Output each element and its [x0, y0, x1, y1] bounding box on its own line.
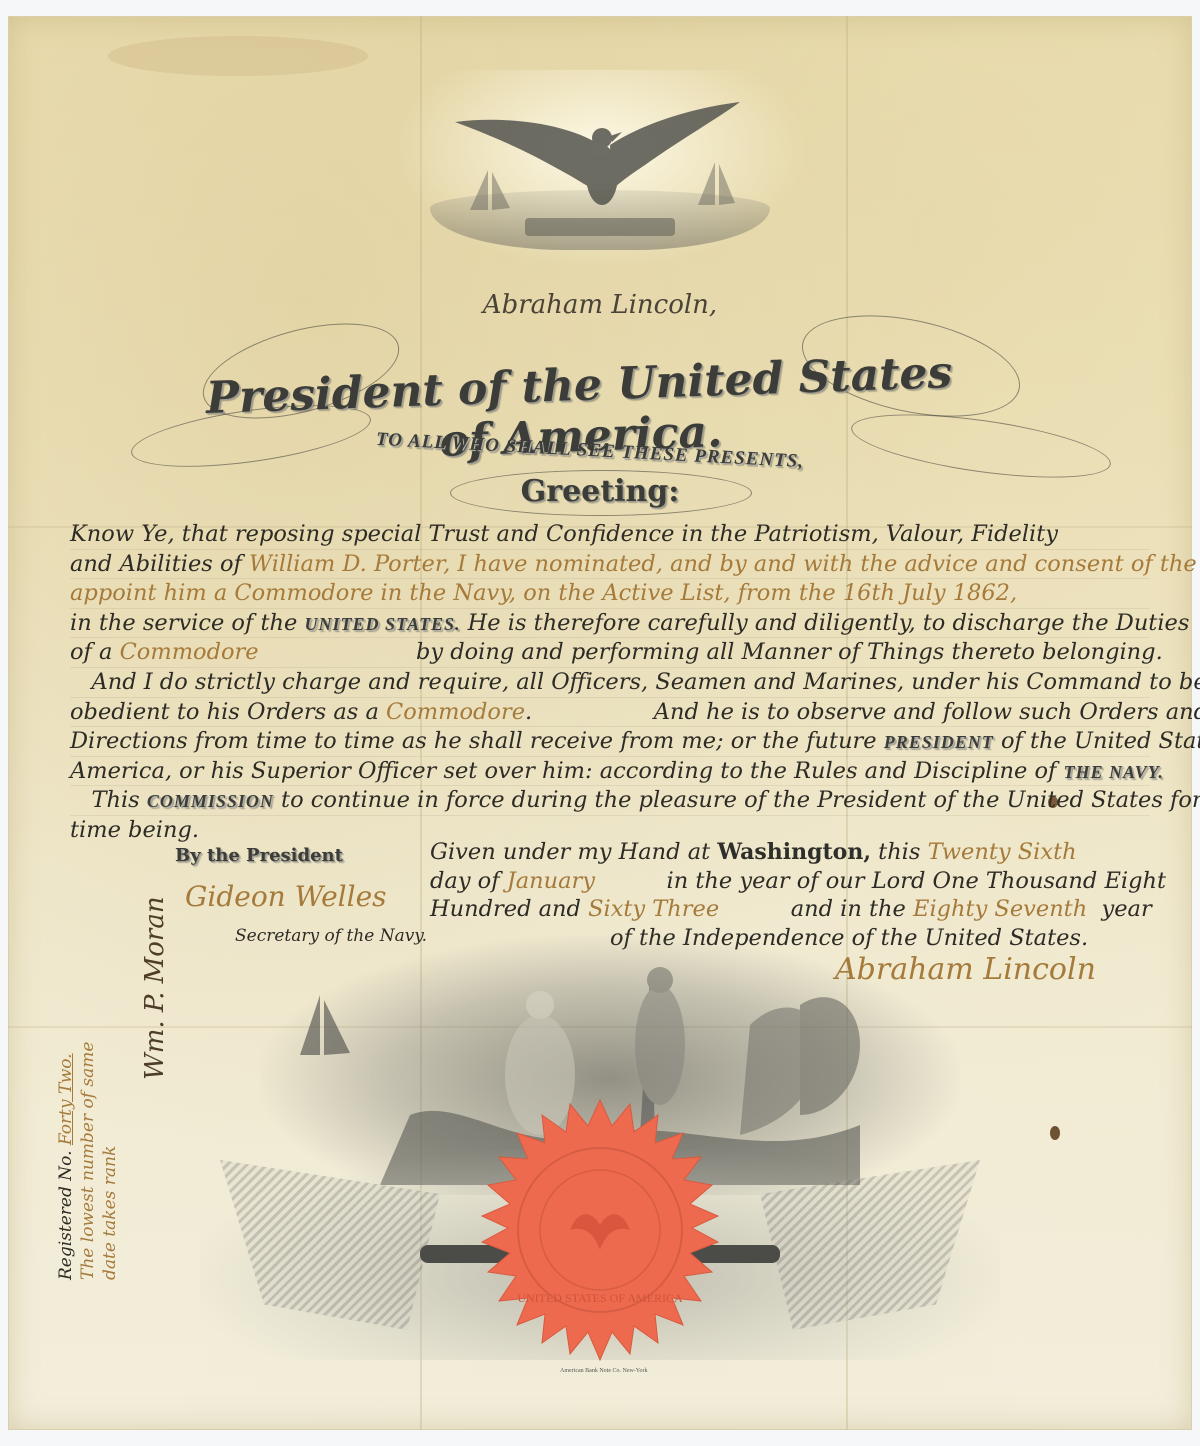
body-line: in the service of the UNITED STATES. He … — [70, 609, 1150, 639]
body-text: to continue in force during the pleasure… — [274, 787, 1200, 813]
registration-note: Registered No. Forty Two. The lowest num… — [55, 1042, 121, 1280]
given-line: Hundred and Sixty Three and in the Eight… — [430, 895, 1170, 924]
body-text: America, or his Superior Officer set ove… — [70, 758, 1064, 784]
given-line: Given under my Hand at Washington, this … — [430, 838, 1170, 867]
body-line: America, or his Superior Officer set ove… — [70, 757, 1150, 787]
flag-left — [220, 1160, 440, 1330]
the-navy-caps: THE NAVY. — [1064, 762, 1164, 782]
body-text: Know Ye, that reposing special Trust and… — [70, 521, 1058, 547]
body-text: obedient to his Orders as a — [70, 699, 386, 725]
president-caps: PRESIDENT — [884, 732, 994, 752]
given-text: and in the — [719, 896, 913, 922]
given-text: in the year of our Lord One Thousand Eig… — [595, 868, 1166, 894]
body-text: of the United States of — [994, 728, 1200, 754]
given-text: this — [871, 839, 928, 865]
given-text: day of — [430, 868, 507, 894]
place-washington: Washington, — [717, 839, 871, 865]
body-text: This — [70, 787, 147, 813]
commission-body: Know Ye, that reposing special Trust and… — [70, 520, 1150, 845]
rank-fill: Commodore — [120, 639, 259, 665]
body-text: in the service of the — [70, 610, 304, 636]
united-states-caps: UNITED STATES. — [304, 614, 460, 634]
body-text: And I do strictly charge and require, al… — [70, 669, 1200, 695]
secretary-signature: Gideon Welles — [185, 880, 387, 913]
day-fill: Twenty Sixth — [928, 839, 1077, 865]
body-text: . And he is to observe and follow such O… — [525, 699, 1200, 725]
body-text: time being. — [70, 817, 199, 843]
commission-caps: COMMISSION — [147, 791, 274, 811]
appointment-fill: appoint him a Commodore in the Navy, on … — [70, 580, 1017, 606]
given-text: Hundred and — [430, 896, 588, 922]
given-text: Given under my Hand at — [430, 839, 717, 865]
body-text: of a — [70, 639, 120, 665]
water-stain — [108, 36, 368, 76]
officer-name-fill: William D. Porter, I have nominated, and… — [249, 551, 1200, 577]
rank-fill: Commodore — [386, 699, 525, 725]
body-text: by doing and performing all Manner of Th… — [259, 639, 1163, 665]
month-fill: January — [507, 868, 595, 894]
body-line: This COMMISSION to continue in force dur… — [70, 786, 1150, 816]
body-text: Directions from time to time as he shall… — [70, 728, 884, 754]
registered-label: Registered No. — [56, 1145, 76, 1280]
flag-right — [760, 1160, 980, 1330]
body-line: and Abilities of William D. Porter, I ha… — [70, 550, 1150, 580]
registration-number: Forty Two. — [56, 1053, 76, 1145]
body-text: and Abilities of — [70, 551, 249, 577]
body-text: He is therefore carefully and diligently… — [461, 610, 1190, 636]
registration-line: Registered No. Forty Two. — [55, 1042, 77, 1280]
body-line: of a Commodore by doing and performing a… — [70, 638, 1150, 668]
body-line: Know Ye, that reposing special Trust and… — [70, 520, 1150, 550]
given-line: day of January in the year of our Lord O… — [430, 867, 1170, 896]
by-the-president-label: By the President — [175, 845, 343, 866]
body-line: obedient to his Orders as a Commodore. A… — [70, 698, 1150, 728]
independence-year-fill: Eighty Seventh — [913, 896, 1087, 922]
year-fill: Sixty Three — [588, 896, 719, 922]
body-line: appoint him a Commodore in the Navy, on … — [70, 579, 1150, 609]
registration-line: date takes rank — [99, 1042, 121, 1280]
body-line: And I do strictly charge and require, al… — [70, 668, 1150, 698]
seal-legend: UNITED STATES OF AMERICA — [517, 1291, 683, 1305]
greeting: Greeting: — [0, 474, 1200, 509]
body-line: Directions from time to time as he shall… — [70, 727, 1150, 757]
navy-seal-icon: UNITED STATES OF AMERICA — [470, 1095, 730, 1365]
engraver-imprint: American Bank Note Co. New-York — [560, 1368, 648, 1374]
registration-line: The lowest number of same — [77, 1042, 99, 1280]
given-text: year — [1087, 896, 1152, 922]
ink-stain — [1050, 1126, 1060, 1140]
eagle-vignette — [430, 100, 770, 260]
clerk-signature: Wm. P. Moran — [140, 896, 170, 1080]
issuer-name: Abraham Lincoln, — [0, 290, 1200, 320]
eagle-icon — [430, 100, 770, 260]
